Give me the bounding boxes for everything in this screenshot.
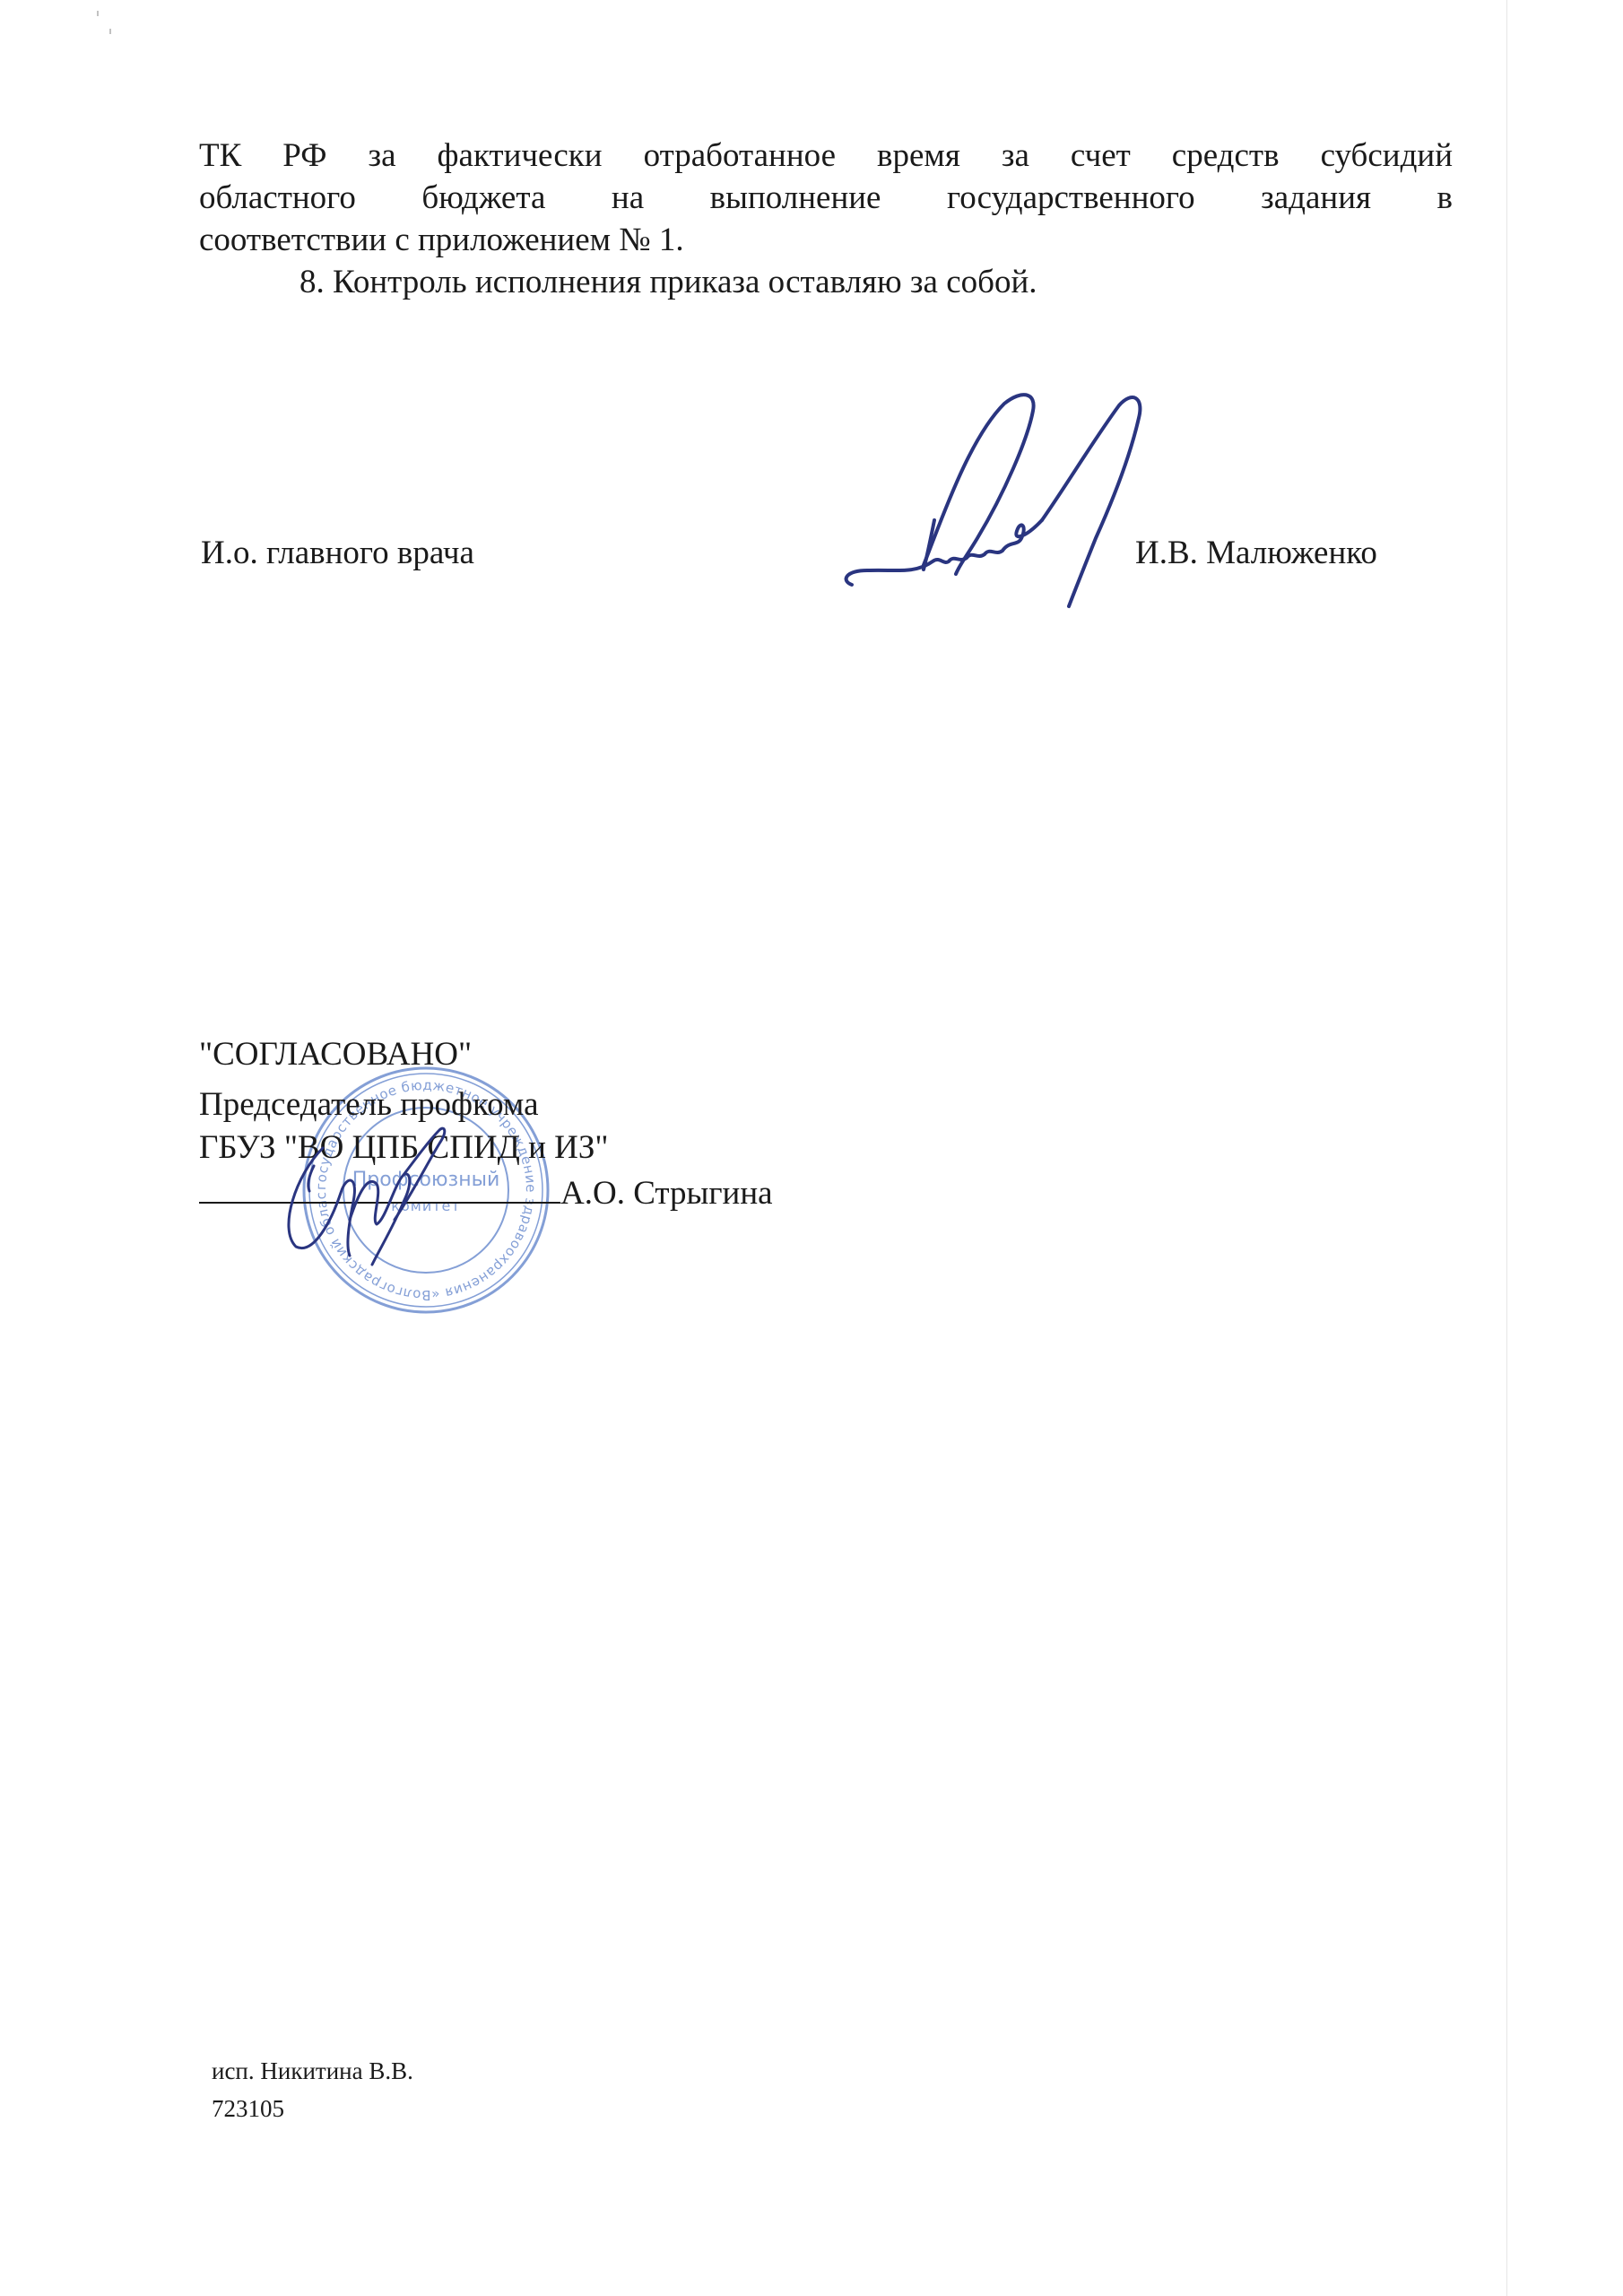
approval-signature [260,1121,475,1283]
scan-speck [109,29,111,34]
executor-phone: 723105 [212,2090,413,2127]
scan-speck [97,11,99,16]
document-page: ТК РФ за фактически отработанное время з… [0,0,1623,2296]
approval-heading: "СОГЛАСОВАНО" [199,1033,773,1076]
handwritten-signature [834,386,1219,610]
approval-name: А.О. Стрыгина [560,1175,773,1212]
paragraph-line: ТК РФ за фактически отработанное время з… [199,135,1453,177]
paragraph-line: областного бюджета на выполнение государ… [199,177,1453,219]
executor-name: исп. Никитина В.В. [212,2052,413,2090]
signatory-name: И.В. Малюженко [1135,532,1377,574]
scan-edge-line [1506,0,1507,2296]
body-paragraph: ТК РФ за фактически отработанное время з… [199,135,1453,303]
signatory-title: И.о. главного врача [201,532,474,574]
executor-footer: исп. Никитина В.В. 723105 [212,2052,413,2127]
paragraph-line: соответствии с приложением № 1. [199,219,1453,261]
item-8-text: 8. Контроль исполнения приказа оставляю … [199,261,1453,303]
approval-position: Председатель профкома [199,1083,773,1126]
